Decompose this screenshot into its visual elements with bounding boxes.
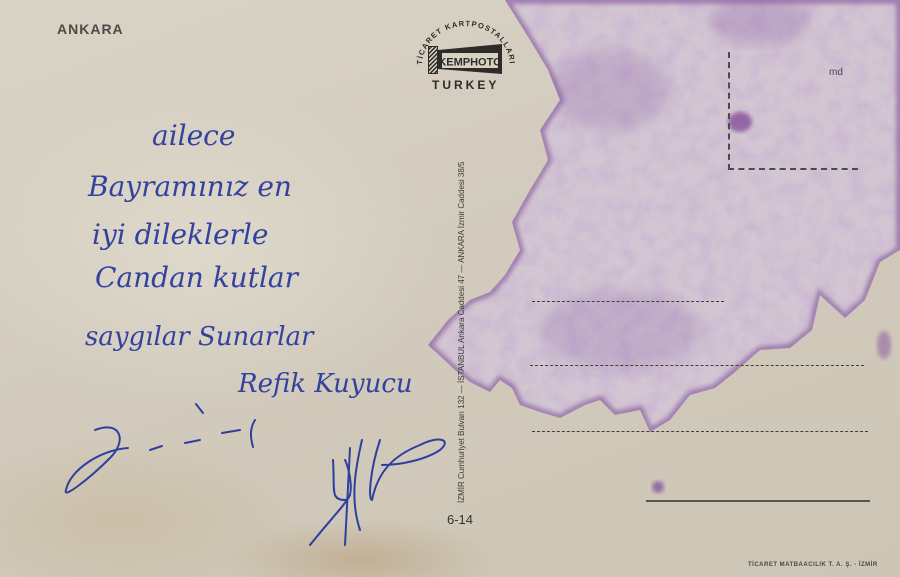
address-line [532,431,868,432]
city-title: ANKARA [57,21,124,37]
postcard-back: ANKARA TİCARET KARTPOSTALLARI KEMPHOTO T… [0,0,900,577]
logo-brand: KEMPHOTO [438,57,502,69]
address-line [530,365,864,366]
publisher-addresses: İZMİR Cumhuriyet Bulvarı 132 — İSTANBUL … [457,162,466,503]
printer-credit: TİCARET MATBAACILIK T. A. Ş. - İZMİR [748,562,878,568]
address-solid-line [646,500,870,502]
card-number: 6-14 [447,512,473,527]
stamp-code: md [829,67,843,78]
address-line [532,301,724,302]
logo-country: TURKEY [432,78,499,92]
